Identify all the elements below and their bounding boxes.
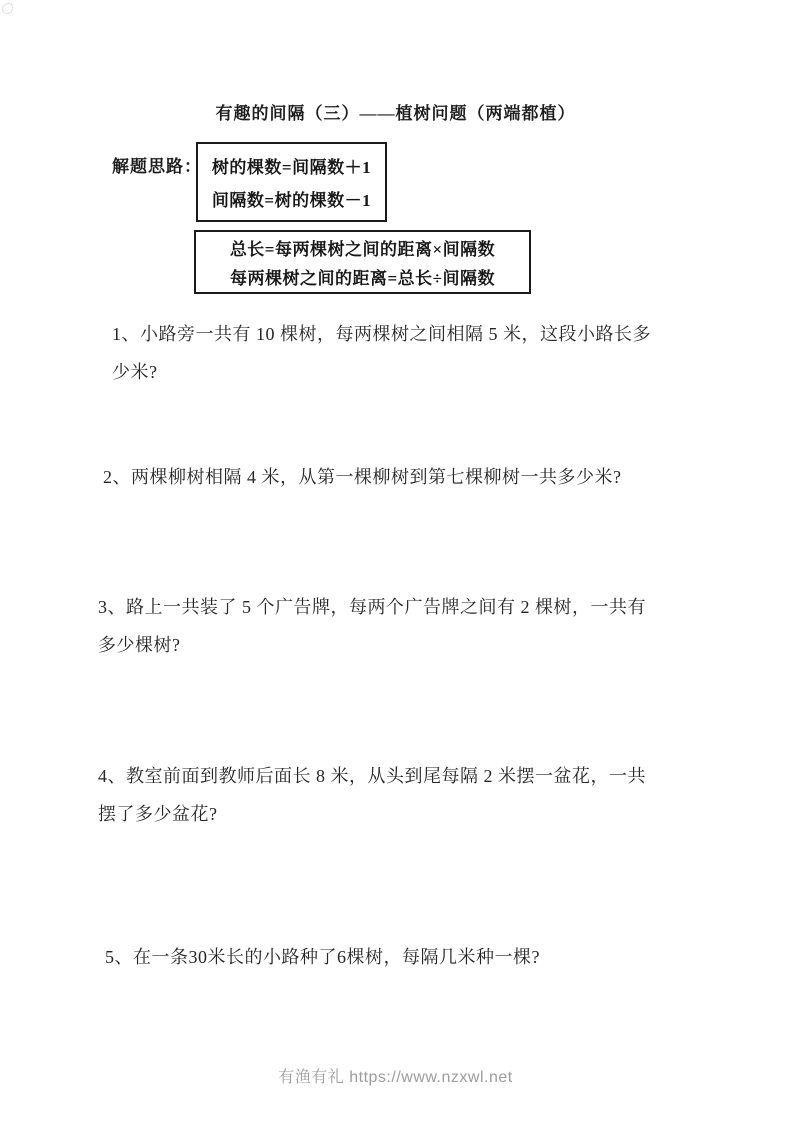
formula-spacing: 每两棵树之间的距离=总长÷间隔数 <box>230 264 495 289</box>
scan-artifact <box>2 3 13 14</box>
footer-watermark: 有渔有礼 https://www.nzxwl.net <box>0 1064 791 1087</box>
solution-intro-label: 解题思路： <box>112 152 202 177</box>
question-4: 4、教室前面到教师后面长 8 米，从头到尾每隔 2 米摆一盆花，一共 摆了多少盆… <box>98 757 646 833</box>
formula-interval-count: 间隔数=树的棵数－1 <box>212 186 371 211</box>
formula-tree-count: 树的棵数=间隔数＋1 <box>212 153 371 178</box>
question-4-line-2: 摆了多少盆花? <box>98 795 646 833</box>
worksheet-page: 有趣的间隔（三）——植树问题（两端都植） 解题思路： 树的棵数=间隔数＋1 间隔… <box>0 0 791 1122</box>
formula-box-total-length: 总长=每两棵树之间的距离×间隔数 每两棵树之间的距离=总长÷间隔数 <box>194 230 531 294</box>
question-5: 5、在一条30米长的小路种了6棵树，每隔几米种一棵? <box>105 938 540 976</box>
page-title: 有趣的间隔（三）——植树问题（两端都植） <box>0 99 791 124</box>
question-1-line-2: 少米? <box>112 353 651 391</box>
question-3-line-2: 多少棵树? <box>98 626 646 664</box>
question-2: 2、两棵柳树相隔 4 米，从第一棵柳树到第七棵柳树一共多少米? <box>103 458 622 496</box>
formula-box-tree-count: 树的棵数=间隔数＋1 间隔数=树的棵数－1 <box>196 142 387 222</box>
question-5-line-1: 5、在一条30米长的小路种了6棵树，每隔几米种一棵? <box>105 938 540 976</box>
question-3-line-1: 3、路上一共装了 5 个广告牌，每两个广告牌之间有 2 棵树，一共有 <box>98 588 646 626</box>
question-2-line-1: 2、两棵柳树相隔 4 米，从第一棵柳树到第七棵柳树一共多少米? <box>103 458 622 496</box>
question-4-line-1: 4、教室前面到教师后面长 8 米，从头到尾每隔 2 米摆一盆花，一共 <box>98 757 646 795</box>
question-1-line-1: 1、小路旁一共有 10 棵树，每两棵树之间相隔 5 米，这段小路长多 <box>112 315 651 353</box>
question-1: 1、小路旁一共有 10 棵树，每两棵树之间相隔 5 米，这段小路长多 少米? <box>112 315 651 391</box>
question-3: 3、路上一共装了 5 个广告牌，每两个广告牌之间有 2 棵树，一共有 多少棵树? <box>98 588 646 664</box>
formula-total-length: 总长=每两棵树之间的距离×间隔数 <box>230 235 495 260</box>
